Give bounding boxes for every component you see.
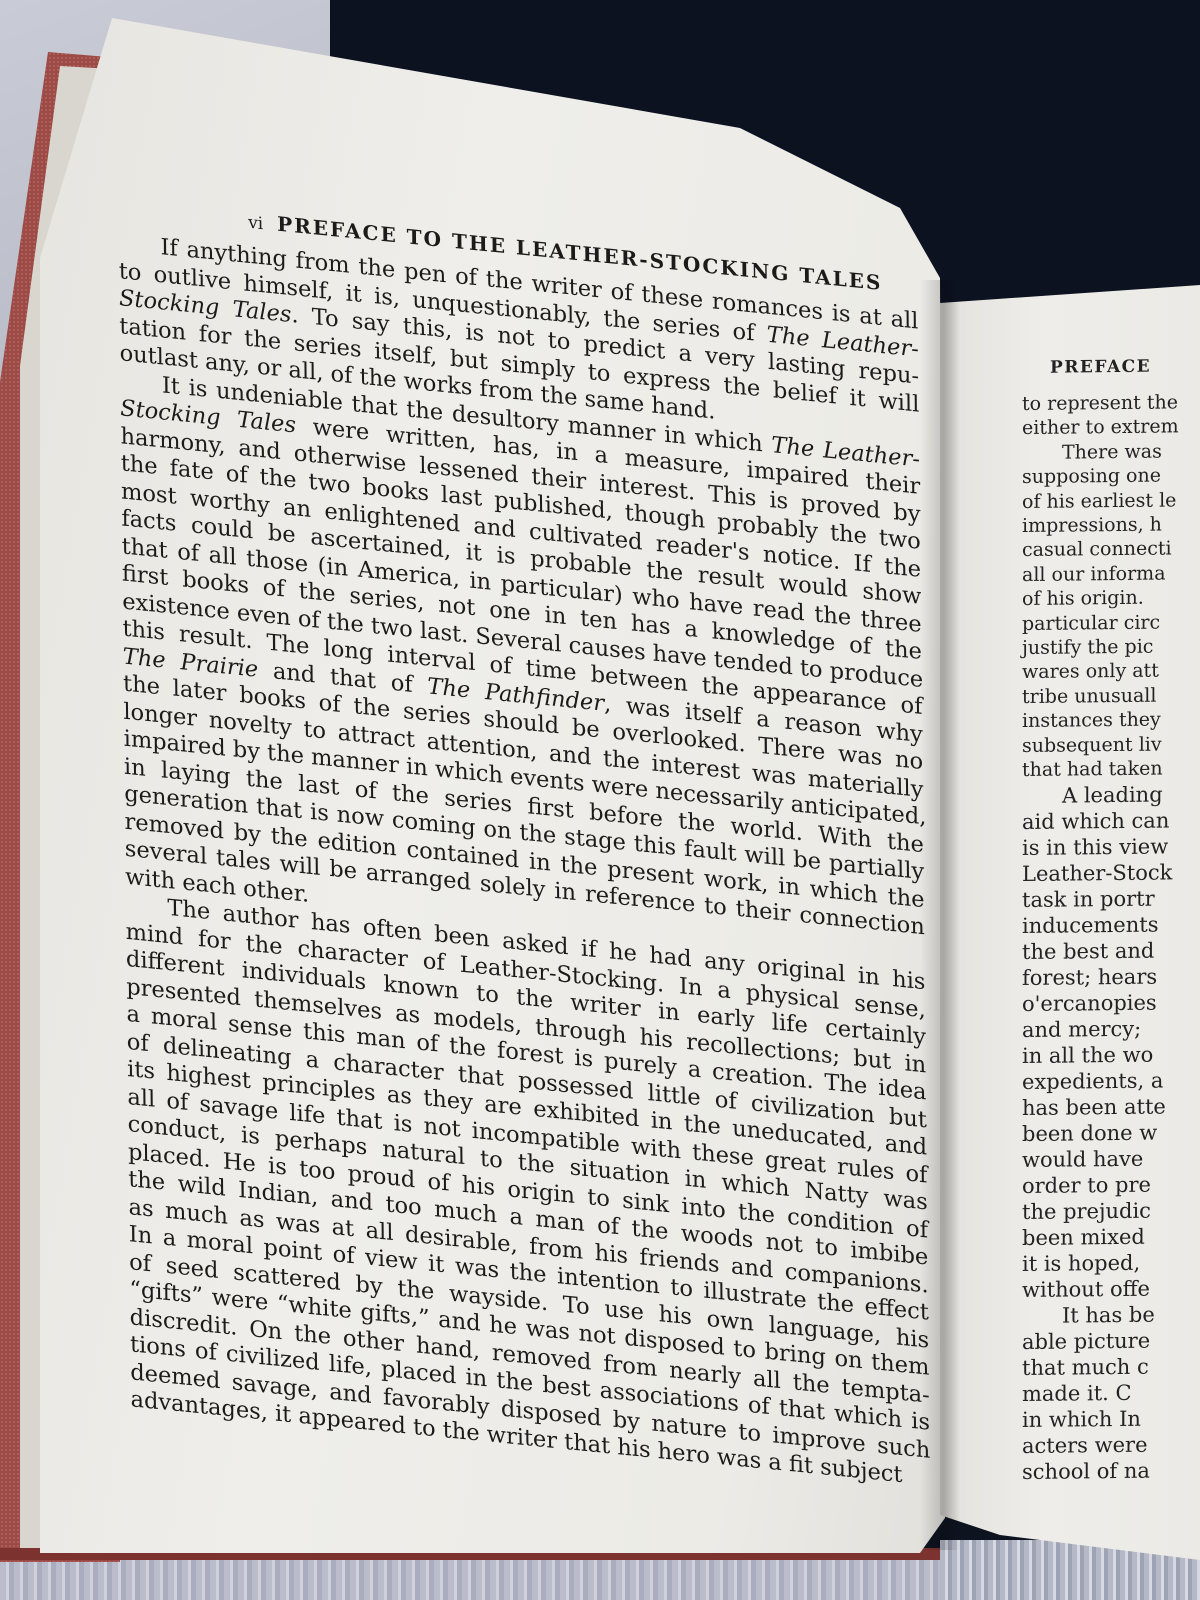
text-line: particular circ xyxy=(1022,609,1200,636)
text-line: wares only att xyxy=(1022,658,1200,685)
text-line: impressions, h xyxy=(1022,512,1200,539)
right-body-text-bottom: A leadingaid which canis in this viewLea… xyxy=(1022,780,1200,1485)
text-line: been mixed xyxy=(1022,1222,1200,1251)
text-line: acters were xyxy=(1022,1430,1200,1459)
text-line: the prejudic xyxy=(1022,1196,1200,1225)
text-line: forest; hears xyxy=(1022,962,1200,991)
text-line: it is hoped, xyxy=(1022,1248,1200,1277)
text-line: A leading xyxy=(1022,780,1200,809)
text-line: supposing one xyxy=(1022,463,1200,490)
text-line: and mercy; xyxy=(1022,1014,1200,1043)
text-line: has been atte xyxy=(1022,1092,1200,1121)
text-line: school of na xyxy=(1022,1456,1200,1485)
text-line: order to pre xyxy=(1022,1170,1200,1199)
text-line: o'ercanopies xyxy=(1022,988,1200,1017)
text-line: been done w xyxy=(1022,1118,1200,1147)
text-line: all our informa xyxy=(1022,560,1200,587)
text-line: is in this view xyxy=(1022,832,1200,861)
text-line: instances they xyxy=(1022,707,1200,734)
text-line: would have xyxy=(1022,1144,1200,1173)
text-line: expedients, a xyxy=(1022,1066,1200,1095)
text-line: in which In xyxy=(1022,1404,1200,1433)
text-line: of his earliest le xyxy=(1022,487,1200,514)
text-line: It has be xyxy=(1022,1300,1200,1329)
left-page-text: vi PREFACE TO THE LEATHER-STOCKING TALES… xyxy=(118,196,931,1492)
text-line: to represent the xyxy=(1022,389,1200,416)
page-number: vi xyxy=(248,213,263,234)
text-line: justify the pic xyxy=(1022,634,1200,661)
text-line: made it. C xyxy=(1022,1378,1200,1407)
text-line: tribe unusuall xyxy=(1022,682,1200,709)
text-line: in all the wo xyxy=(1022,1040,1200,1069)
right-running-head: PREFACE xyxy=(1050,355,1200,377)
right-body-text-top: to represent theeither to extremThere wa… xyxy=(1022,389,1200,782)
text-line: without offe xyxy=(1022,1274,1200,1303)
text-line: inducements xyxy=(1022,910,1200,939)
right-page-text: PREFACE to represent theeither to extrem… xyxy=(1022,355,1200,1484)
text-line: There was xyxy=(1022,438,1200,465)
text-line: that had taken xyxy=(1022,756,1200,783)
body-text: If anything from the pen of the writer o… xyxy=(118,230,930,1492)
text-line: the best and xyxy=(1022,936,1200,965)
text-line: task in portr xyxy=(1022,884,1200,913)
text-line: subsequent liv xyxy=(1022,731,1200,758)
text-line: aid which can xyxy=(1022,806,1200,835)
text-line: Leather-Stock xyxy=(1022,858,1200,887)
text-line: able picture xyxy=(1022,1326,1200,1355)
text-line: of his origin. xyxy=(1022,585,1200,612)
text-line: that much c xyxy=(1022,1352,1200,1381)
text-line: either to extrem xyxy=(1022,414,1200,441)
text-line: casual connecti xyxy=(1022,536,1200,563)
